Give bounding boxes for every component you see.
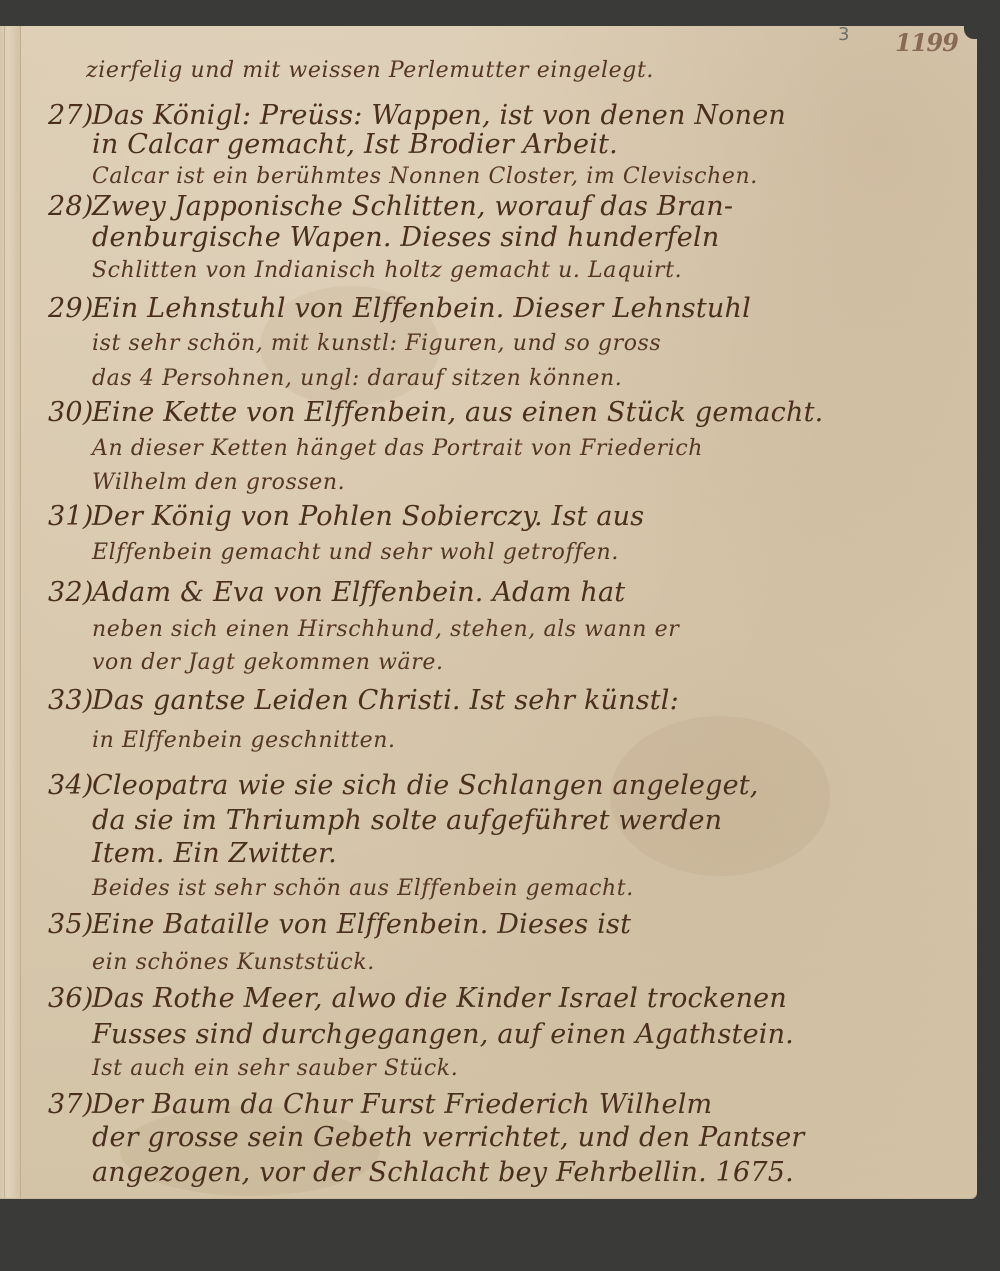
handwritten-text: denburgische Wapen. Dieses sind hunderfe… xyxy=(92,222,719,253)
entry-continuation-line: da sie im Thriumph solte aufgeführet wer… xyxy=(92,806,722,836)
entry-heading-line: 36)Das Rothe Meer, alwo die Kinder Israe… xyxy=(48,984,787,1014)
handwritten-text: Wilhelm den grossen. xyxy=(92,470,345,495)
entry-number: 35) xyxy=(48,910,92,940)
entry-number: 27) xyxy=(48,101,92,131)
entry-continuation-line: der grosse sein Gebeth verrichtet, und d… xyxy=(92,1123,805,1153)
entry-heading-line: 37)Der Baum da Chur Furst Friederich Wil… xyxy=(48,1090,712,1120)
entry-heading-line: 34)Cleopatra wie sie sich die Schlangen … xyxy=(48,771,759,801)
handwritten-text: Das gantse Leiden Christi. Ist sehr küns… xyxy=(92,685,679,716)
handwritten-text: das 4 Persohnen, ungl: darauf sitzen kön… xyxy=(92,366,622,391)
entry-continuation-line: in Elffenbein geschnitten. xyxy=(92,726,396,756)
handwritten-text: neben sich einen Hirschhund, stehen, als… xyxy=(92,617,679,642)
handwritten-text: Cleopatra wie sie sich die Schlangen ang… xyxy=(92,770,759,801)
handwritten-text: Ein Lehnstuhl von Elffenbein. Dieser Leh… xyxy=(92,293,751,324)
entry-continuation-line: angezogen, vor der Schlacht bey Fehrbell… xyxy=(92,1158,794,1188)
entry-continuation-line: An dieser Ketten hänget das Portrait von… xyxy=(92,434,703,464)
entry-continuation-line: Wilhelm den grossen. xyxy=(92,468,345,498)
handwritten-text: Zwey Japponische Schlitten, worauf das B… xyxy=(92,191,733,222)
handwritten-text: Fusses sind durchgegangen, auf einen Aga… xyxy=(92,1019,794,1050)
entry-heading-line: 31)Der König von Pohlen Sobierczy. Ist a… xyxy=(48,502,644,532)
entry-continuation-line: Item. Ein Zwitter. xyxy=(92,839,337,869)
handwritten-text: angezogen, vor der Schlacht bey Fehrbell… xyxy=(92,1157,794,1188)
handwritten-text: Das Rothe Meer, alwo die Kinder Israel t… xyxy=(92,983,787,1014)
folio-number-ink: 1199 xyxy=(895,28,958,57)
handwritten-text: Eine Bataille von Elffenbein. Dieses ist xyxy=(92,909,631,940)
entry-continuation-line: Elffenbein gemacht und sehr wohl getroff… xyxy=(92,538,619,568)
scanned-manuscript: 3 1199 zierfelig und mit weissen Perlemu… xyxy=(0,0,1000,1271)
entry-continuation-line: in Calcar gemacht, Ist Brodier Arbeit. xyxy=(92,130,618,160)
entry-continuation-line: zierfelig und mit weissen Perlemutter ei… xyxy=(86,56,654,86)
gutter-fold-line xyxy=(4,26,5,1198)
entry-heading-line: 28)Zwey Japponische Schlitten, worauf da… xyxy=(48,192,733,222)
handwritten-text: Item. Ein Zwitter. xyxy=(92,838,337,869)
entry-number: 34) xyxy=(48,771,92,801)
folio-number-pencil: 3 xyxy=(838,24,849,45)
entry-heading-line: 29)Ein Lehnstuhl von Elffenbein. Dieser … xyxy=(48,294,751,324)
handwritten-text: da sie im Thriumph solte aufgeführet wer… xyxy=(92,805,722,836)
handwritten-text: Adam & Eva von Elffenbein. Adam hat xyxy=(92,577,625,608)
handwritten-text: An dieser Ketten hänget das Portrait von… xyxy=(92,436,703,461)
entry-number: 37) xyxy=(48,1090,92,1120)
entry-heading-line: 30)Eine Kette von Elffenbein, aus einen … xyxy=(48,398,823,428)
binding-gutter xyxy=(0,26,21,1198)
handwritten-text: Beides ist sehr schön aus Elffenbein gem… xyxy=(92,876,634,901)
handwritten-text: Eine Kette von Elffenbein, aus einen Stü… xyxy=(92,397,823,428)
handwritten-text: von der Jagt gekommen wäre. xyxy=(92,650,444,675)
handwritten-text: Schlitten von Indianisch holtz gemacht u… xyxy=(92,258,682,283)
handwritten-text: Das Königl: Preüss: Wappen, ist von dene… xyxy=(92,100,786,131)
handwritten-text: in Elffenbein geschnitten. xyxy=(92,728,396,753)
handwritten-text: der grosse sein Gebeth verrichtet, und d… xyxy=(92,1122,805,1153)
handwritten-text: Der König von Pohlen Sobierczy. Ist aus xyxy=(92,501,644,532)
entry-continuation-line: Fusses sind durchgegangen, auf einen Aga… xyxy=(92,1020,794,1050)
entry-number: 28) xyxy=(48,192,92,222)
entry-continuation-line: von der Jagt gekommen wäre. xyxy=(92,648,444,678)
handwritten-text: Der Baum da Chur Furst Friederich Wilhel… xyxy=(92,1089,712,1120)
entry-number: 32) xyxy=(48,578,92,608)
handwritten-text: Elffenbein gemacht und sehr wohl getroff… xyxy=(92,540,619,565)
entry-number: 33) xyxy=(48,686,92,716)
entry-continuation-line: neben sich einen Hirschhund, stehen, als… xyxy=(92,615,679,645)
entry-number: 30) xyxy=(48,398,92,428)
entry-heading-line: 35)Eine Bataille von Elffenbein. Dieses … xyxy=(48,910,631,940)
entry-heading-line: 33)Das gantse Leiden Christi. Ist sehr k… xyxy=(48,686,679,716)
handwritten-text: ein schönes Kunststück. xyxy=(92,950,375,975)
handwritten-text: in Calcar gemacht, Ist Brodier Arbeit. xyxy=(92,129,618,160)
entry-continuation-line: Ist auch ein sehr sauber Stück. xyxy=(92,1054,458,1084)
entry-continuation-line: Schlitten von Indianisch holtz gemacht u… xyxy=(92,256,682,286)
entry-number: 29) xyxy=(48,294,92,324)
handwritten-text: Calcar ist ein berühmtes Nonnen Closter,… xyxy=(92,164,758,189)
entry-number: 36) xyxy=(48,984,92,1014)
entry-number: 31) xyxy=(48,502,92,532)
handwritten-text: zierfelig und mit weissen Perlemutter ei… xyxy=(86,58,654,83)
entry-continuation-line: ist sehr schön, mit kunstl: Figuren, und… xyxy=(92,329,661,359)
entry-continuation-line: das 4 Persohnen, ungl: darauf sitzen kön… xyxy=(92,364,622,394)
handwritten-text: ist sehr schön, mit kunstl: Figuren, und… xyxy=(92,331,661,356)
manuscript-page: 3 1199 zierfelig und mit weissen Perlemu… xyxy=(0,26,977,1198)
entry-continuation-line: Beides ist sehr schön aus Elffenbein gem… xyxy=(92,874,634,904)
entry-heading-line: 32)Adam & Eva von Elffenbein. Adam hat xyxy=(48,578,625,608)
entry-heading-line: 27)Das Königl: Preüss: Wappen, ist von d… xyxy=(48,101,786,131)
entry-continuation-line: ein schönes Kunststück. xyxy=(92,948,375,978)
handwritten-text: Ist auch ein sehr sauber Stück. xyxy=(92,1056,458,1081)
entry-continuation-line: denburgische Wapen. Dieses sind hunderfe… xyxy=(92,223,719,253)
entry-continuation-line: Calcar ist ein berühmtes Nonnen Closter,… xyxy=(92,162,758,192)
